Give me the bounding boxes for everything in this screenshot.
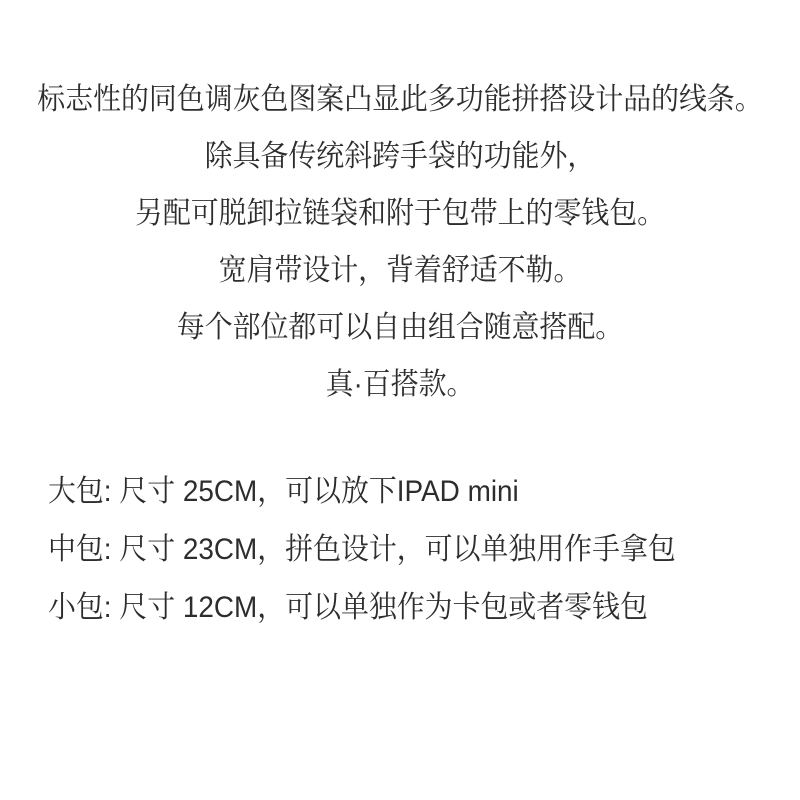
- product-description: 标志性的同色调灰色图案凸显此多功能拼搭设计品的线条。 除具备传统斜跨手袋的功能外…: [0, 0, 800, 413]
- size-spec-large-bag: 大包: 尺寸 25CM，可以放下IPAD mini: [48, 463, 747, 521]
- product-description-page: 标志性的同色调灰色图案凸显此多功能拼搭设计品的线条。 除具备传统斜跨手袋的功能外…: [0, 0, 800, 800]
- size-spec-medium-bag: 中包: 尺寸 23CM，拼色设计，可以单独用作手拿包: [48, 521, 747, 579]
- description-line-1: 标志性的同色调灰色图案凸显此多功能拼搭设计品的线条。: [28, 71, 772, 128]
- description-line-2: 除具备传统斜跨手袋的功能外，: [28, 128, 772, 185]
- size-specs: 大包: 尺寸 25CM，可以放下IPAD mini 中包: 尺寸 23CM，拼色…: [0, 463, 800, 637]
- description-line-4: 宽肩带设计，背着舒适不勒。: [28, 242, 772, 299]
- size-spec-small-bag: 小包: 尺寸 12CM，可以单独作为卡包或者零钱包: [48, 579, 747, 637]
- description-line-3: 另配可脱卸拉链袋和附于包带上的零钱包。: [28, 185, 772, 242]
- description-line-5: 每个部位都可以自由组合随意搭配。: [28, 299, 772, 356]
- description-line-6: 真·百搭款。: [28, 356, 772, 413]
